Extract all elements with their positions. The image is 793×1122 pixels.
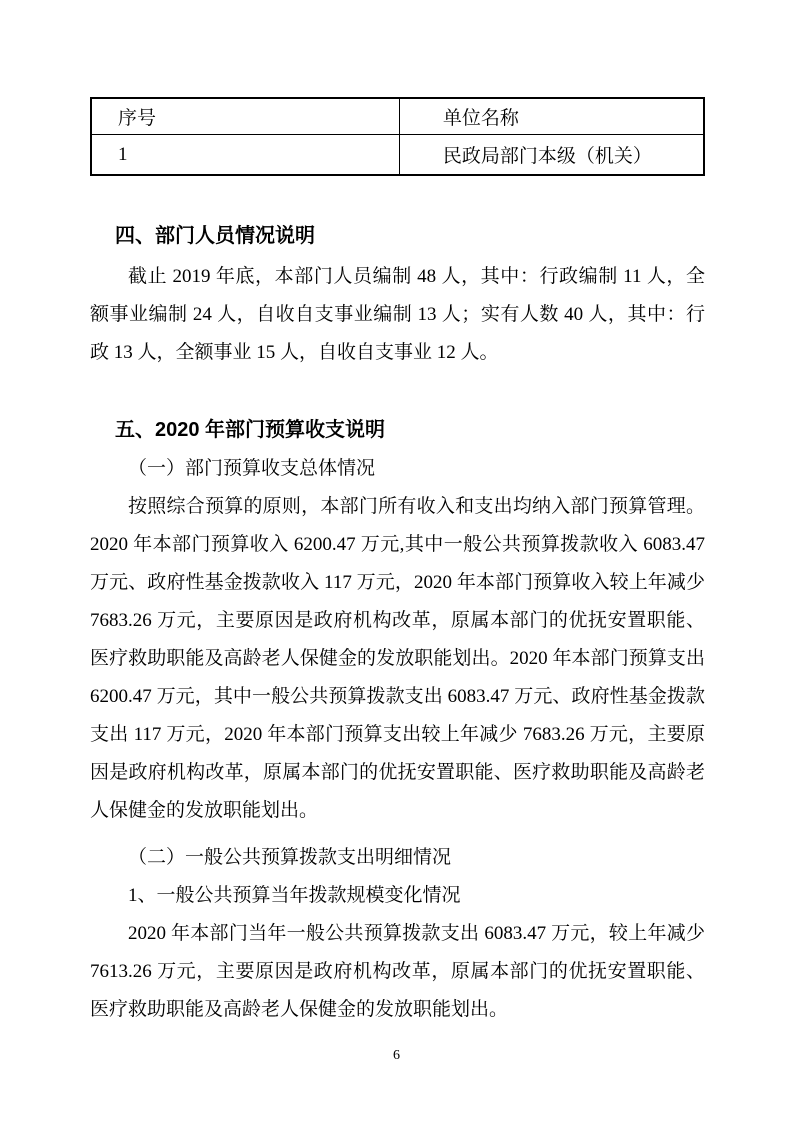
section-5-heading: 五、2020 年部门预算收支说明 — [90, 416, 705, 444]
table-header-row: 序号 单位名称 — [91, 98, 704, 135]
section-5-overall-paragraph: 按照综合预算的原则，本部门所有收入和支出均纳入部门预算管理。2020 年本部门预… — [90, 488, 705, 830]
section-5-change-paragraph: 2020 年本部门当年一般公共预算拨款支出 6083.47 万元，较上年减少 7… — [90, 915, 705, 1029]
table-header-unit-name: 单位名称 — [399, 98, 704, 135]
table-cell-unit-name: 民政局部门本级（机关） — [399, 135, 704, 176]
table-cell-serial-number: 1 — [91, 135, 399, 176]
table-row: 1 民政局部门本级（机关） — [91, 135, 704, 176]
section-5-subsection-1-heading: （一）部门预算收支总体情况 — [90, 450, 705, 488]
section-4-heading: 四、部门人员情况说明 — [90, 222, 705, 250]
table-header-serial-number: 序号 — [91, 98, 399, 135]
section-5-item-1-heading: 1、一般公共预算当年拨款规模变化情况 — [90, 877, 705, 915]
section-4-paragraph: 截止 2019 年底，本部门人员编制 48 人，其中：行政编制 11 人，全额事… — [90, 258, 705, 372]
unit-list-table: 序号 单位名称 1 民政局部门本级（机关） — [90, 97, 705, 176]
section-5-subsection-2-heading: （二）一般公共预算拨款支出明细情况 — [90, 839, 705, 877]
page-number: 6 — [0, 1048, 793, 1064]
document-page: 序号 单位名称 1 民政局部门本级（机关） 四、部门人员情况说明 截止 2019… — [0, 0, 793, 1122]
